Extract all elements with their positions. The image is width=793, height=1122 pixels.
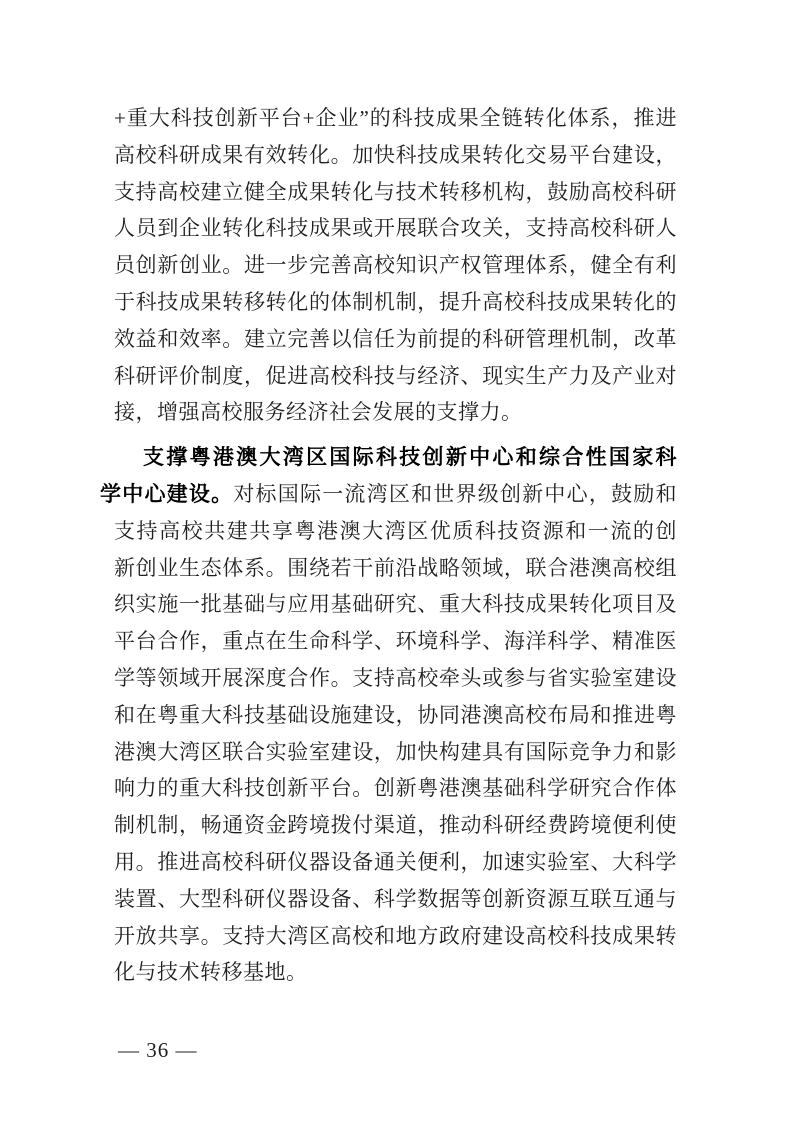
text-line: 开放共享。支持大湾区高校和地方政府建设高校科技成果转	[114, 918, 677, 955]
body-text-segment: 制机制，畅通资金跨境拨付渠道，推动科研经费跨境便利使	[114, 813, 677, 837]
body-text-segment: 化与技术转移基地。	[114, 960, 308, 984]
text-line: 于科技成果转移转化的体制机制，提升高校科技成果转化的	[114, 284, 677, 321]
text-line: 和在粤重大科技基础设施建设，协同港澳高校布局和推进粤	[114, 697, 677, 734]
text-line: 学中心建设。对标国际一流湾区和世界级创新中心，鼓励和	[100, 476, 677, 513]
text-line: 用。推进高校科研仪器设备通关便利，加速实验室、大科学	[114, 844, 677, 881]
text-line: 人员到企业转化科技成果或开展联合攻关，支持高校科研人	[114, 210, 677, 247]
text-line: 平台合作，重点在生命科学、环境科学、海洋科学、精准医	[114, 623, 677, 660]
page-number: — 36 —	[118, 1036, 198, 1064]
bold-heading-segment: 支撑粤港澳大湾区国际科技创新中心和综合性国家科	[143, 445, 677, 469]
body-text-segment: 响力的重大科技创新平台。创新粤港澳基础科学研究合作体	[114, 776, 677, 800]
text-line: 装置、大型科研仪器设备、科学数据等创新资源互联互通与	[114, 881, 677, 918]
body-text-segment: 港澳大湾区联合实验室建设，加快构建具有国际竞争力和影	[114, 740, 677, 764]
text-line: 支撑粤港澳大湾区国际科技创新中心和综合性国家科	[100, 439, 677, 476]
text-line: 学等领域开展深度合作。支持高校牵头或参与省实验室建设	[114, 660, 677, 697]
body-text-segment: 平台合作，重点在生命科学、环境科学、海洋科学、精准医	[114, 629, 677, 653]
body-text-segment: 织实施一批基础与应用基础研究、重大科技成果转化项目及	[114, 592, 677, 616]
text-line: 化与技术转移基地。	[114, 954, 677, 991]
body-text-segment: 于科技成果转移转化的体制机制，提升高校科技成果转化的	[114, 290, 677, 314]
paragraph-greater-bay-area: 支撑粤港澳大湾区国际科技创新中心和综合性国家科学中心建设。对标国际一流湾区和世界…	[114, 439, 677, 991]
body-text-segment: 科研评价制度，促进高校科技与经济、现实生产力及产业对	[114, 364, 677, 388]
body-text-segment: 用。推进高校科研仪器设备通关便利，加速实验室、大科学	[114, 850, 677, 874]
text-block: +重大科技创新平台+企业”的科技成果全链转化体系，推进高校科研成果有效转化。加快…	[114, 100, 677, 991]
paragraph-tech-transfer: +重大科技创新平台+企业”的科技成果全链转化体系，推进高校科研成果有效转化。加快…	[114, 100, 677, 431]
text-line: 科研评价制度，促进高校科技与经济、现实生产力及产业对	[114, 358, 677, 395]
body-text-segment: 接，增强高校服务经济社会发展的支撑力。	[114, 400, 523, 424]
text-line: 接，增强高校服务经济社会发展的支撑力。	[114, 394, 677, 431]
body-text-segment: 高校科研成果有效转化。加快科技成果转化交易平台建设，	[114, 143, 677, 167]
text-line: 织实施一批基础与应用基础研究、重大科技成果转化项目及	[114, 586, 677, 623]
body-text-segment: 新创业生态体系。围绕若干前沿战略领域，联合港澳高校组	[114, 556, 677, 580]
text-line: 效益和效率。建立完善以信任为前提的科研管理机制，改革	[114, 321, 677, 358]
text-line: 支持高校共建共享粤港澳大湾区优质科技资源和一流的创	[114, 513, 677, 550]
text-line: 港澳大湾区联合实验室建设，加快构建具有国际竞争力和影	[114, 734, 677, 771]
body-text-segment: 和在粤重大科技基础设施建设，协同港澳高校布局和推进粤	[114, 703, 677, 727]
body-text-segment: 效益和效率。建立完善以信任为前提的科研管理机制，改革	[114, 327, 677, 351]
text-line: 新创业生态体系。围绕若干前沿战略领域，联合港澳高校组	[114, 550, 677, 587]
bold-heading-segment: 学中心建设。	[100, 482, 233, 506]
body-text-segment: 支持高校建立健全成果转化与技术转移机构，鼓励高校科研	[114, 180, 677, 204]
body-text-segment: 人员到企业转化科技成果或开展联合攻关，支持高校科研人	[114, 216, 677, 240]
body-text-segment: 装置、大型科研仪器设备、科学数据等创新资源互联互通与	[114, 887, 677, 911]
text-line: 高校科研成果有效转化。加快科技成果转化交易平台建设，	[114, 137, 677, 174]
document-page: +重大科技创新平台+企业”的科技成果全链转化体系，推进高校科研成果有效转化。加快…	[0, 0, 793, 1122]
body-text-segment: +重大科技创新平台+企业”的科技成果全链转化体系，推进	[114, 106, 677, 130]
text-line: +重大科技创新平台+企业”的科技成果全链转化体系，推进	[114, 100, 677, 137]
body-text-segment: 支持高校共建共享粤港澳大湾区优质科技资源和一流的创	[114, 519, 677, 543]
body-text-segment: 员创新创业。进一步完善高校知识产权管理体系，健全有利	[114, 253, 677, 277]
body-text-segment: 开放共享。支持大湾区高校和地方政府建设高校科技成果转	[114, 924, 677, 948]
text-line: 员创新创业。进一步完善高校知识产权管理体系，健全有利	[114, 247, 677, 284]
text-line: 支持高校建立健全成果转化与技术转移机构，鼓励高校科研	[114, 174, 677, 211]
body-text-segment: 学等领域开展深度合作。支持高校牵头或参与省实验室建设	[114, 666, 677, 690]
text-line: 制机制，畅通资金跨境拨付渠道，推动科研经费跨境便利使	[114, 807, 677, 844]
text-line: 响力的重大科技创新平台。创新粤港澳基础科学研究合作体	[114, 770, 677, 807]
body-text-segment: 对标国际一流湾区和世界级创新中心，鼓励和	[233, 482, 677, 506]
